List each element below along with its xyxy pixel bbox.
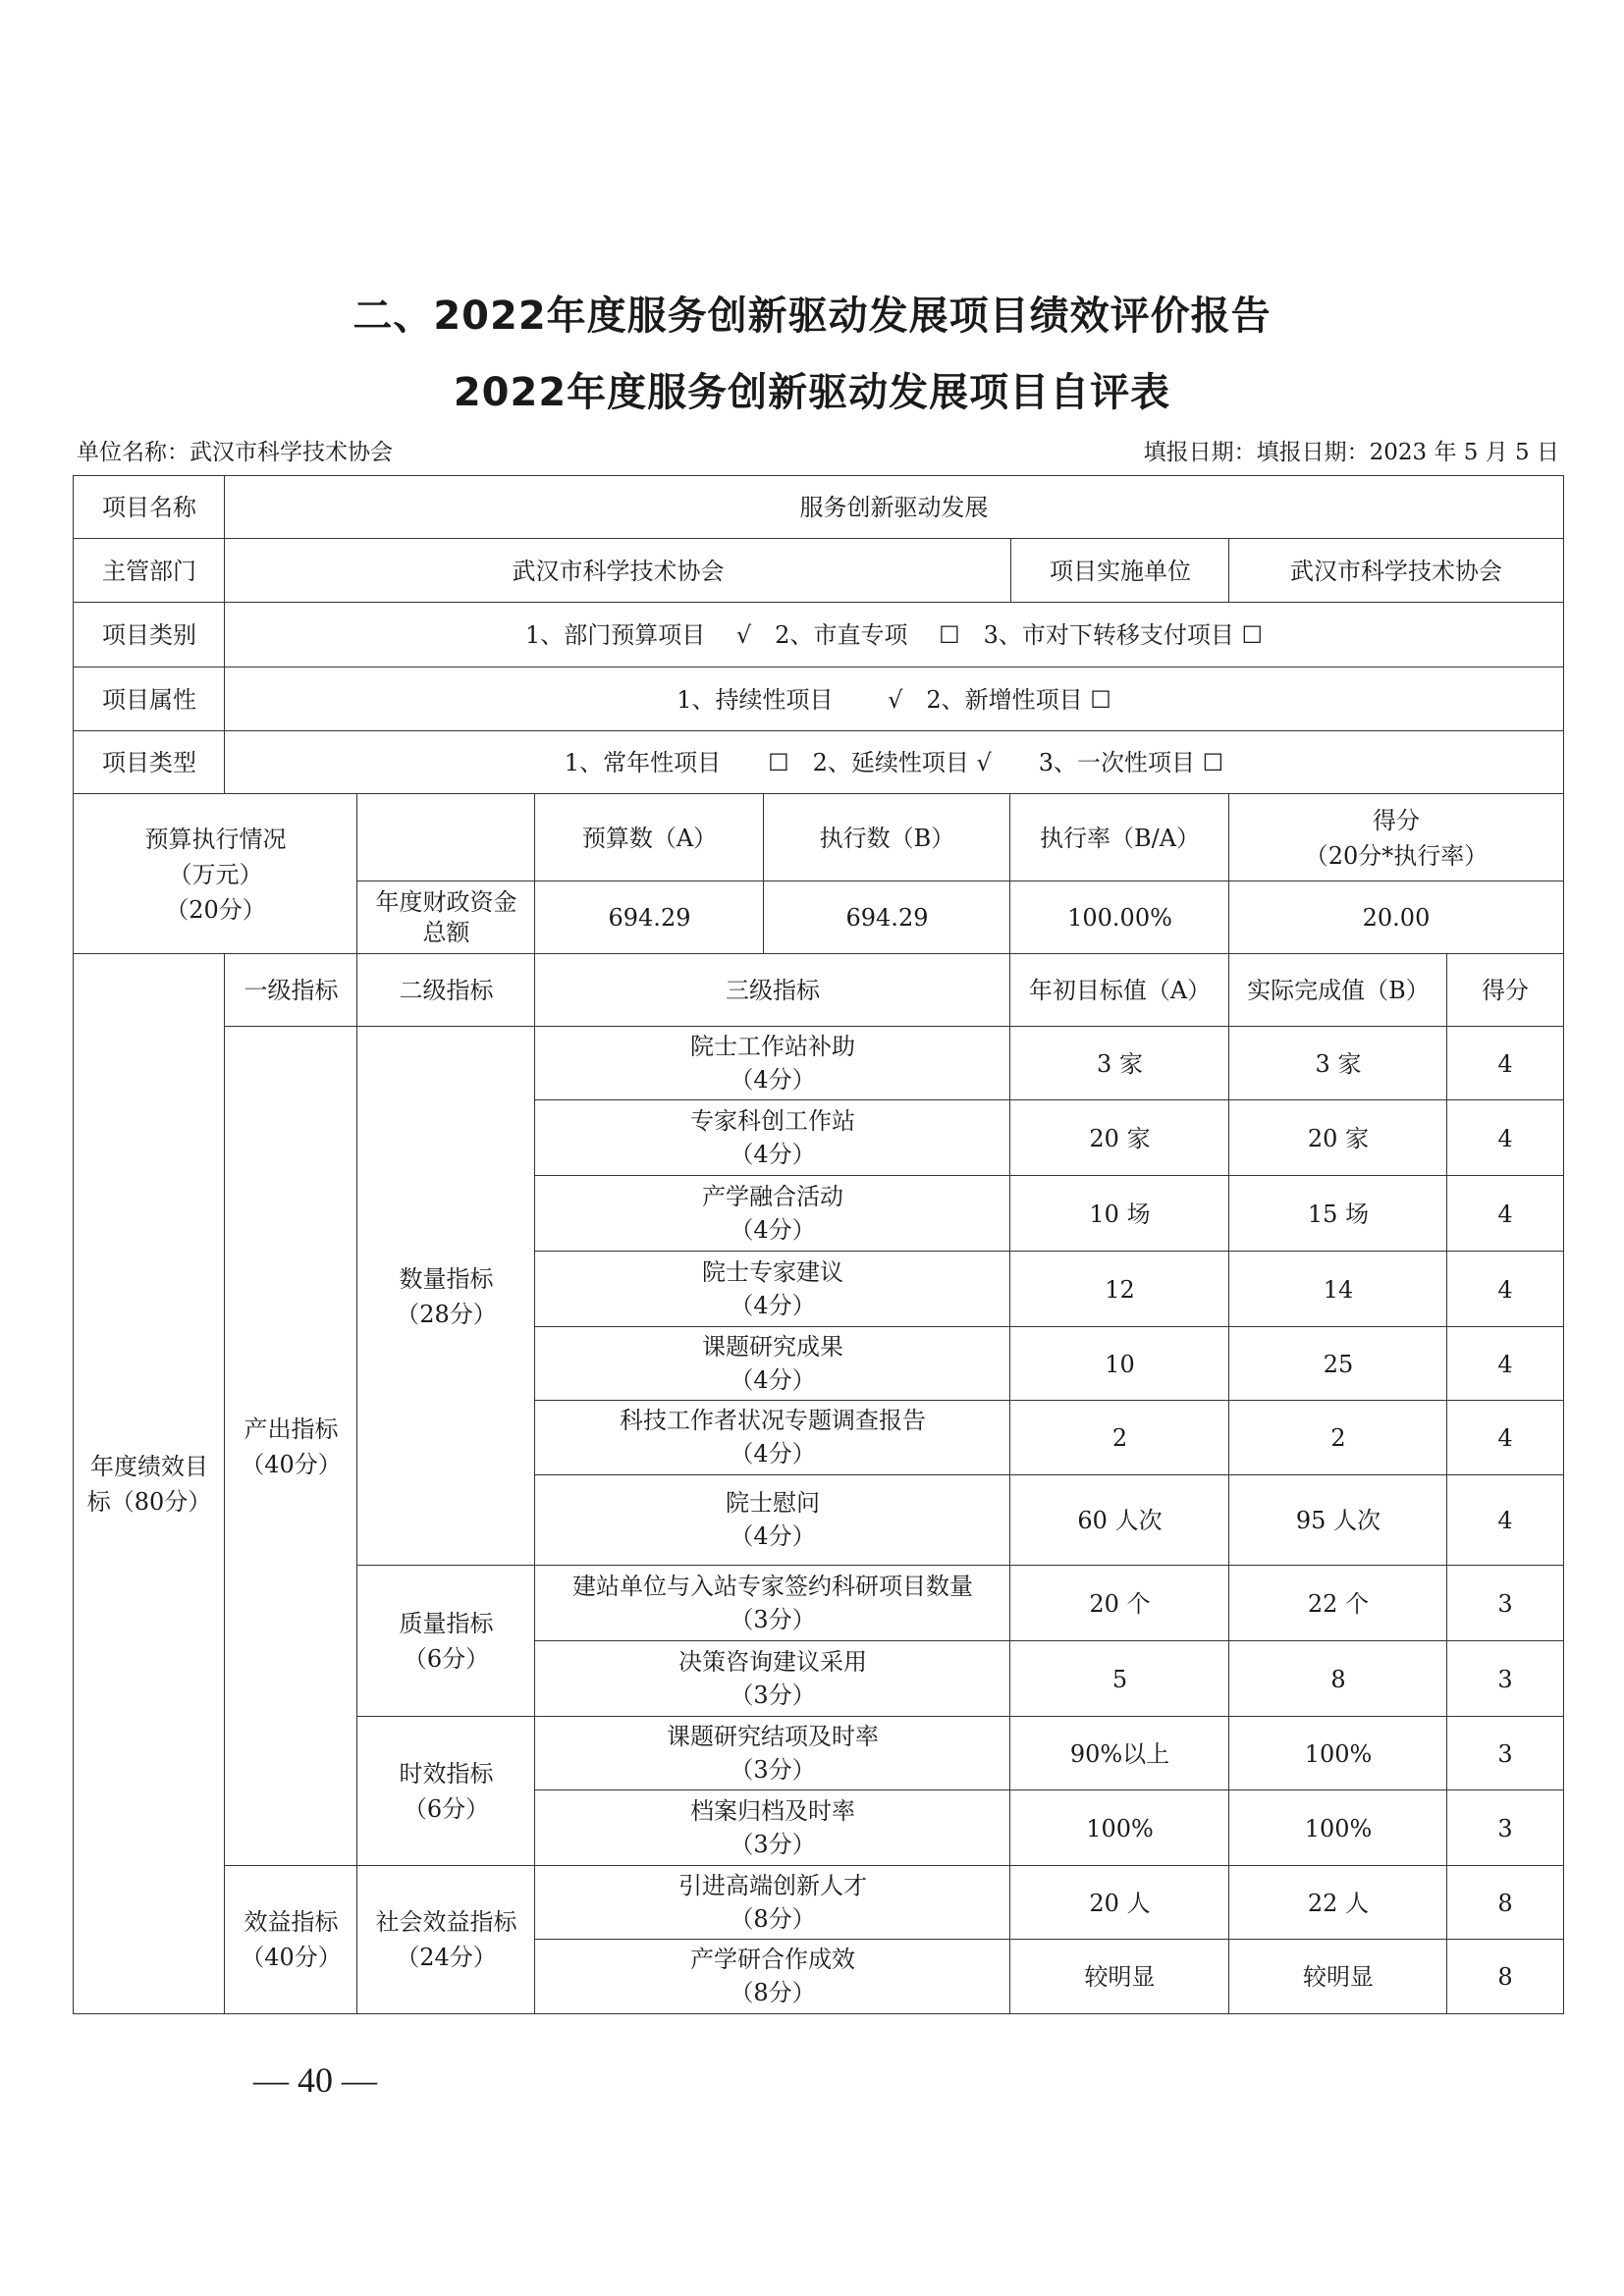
category-value: 1、部门预算项目 √ 2、市直专项 ☐ 3、市对下转移支付项目 ☐	[224, 602, 1564, 668]
indicator-score: 4	[1446, 1251, 1564, 1328]
indicator-actual: 22 人	[1228, 1865, 1448, 1941]
attribute-label: 项目属性	[73, 667, 226, 732]
indicator-actual: 8	[1228, 1640, 1448, 1718]
level2-timeliness: 时效指标 （6分）	[356, 1716, 536, 1867]
indicator-target: 100%	[1009, 1789, 1230, 1867]
indicator-actual: 较明显	[1228, 1939, 1448, 2014]
indicator-name: 院士慰问 （4分）	[534, 1474, 1011, 1567]
indicator-target: 2	[1009, 1400, 1230, 1476]
impl-unit-label: 项目实施单位	[1010, 538, 1230, 604]
indicator-score: 3	[1446, 1565, 1564, 1642]
indicator-actual: 100%	[1228, 1716, 1448, 1791]
indicator-actual: 22 个	[1228, 1565, 1448, 1642]
indicator-target: 20 个	[1009, 1565, 1230, 1642]
budget-row-label: 年度财政资金 总额	[356, 881, 536, 955]
indicator-score: 8	[1446, 1865, 1564, 1941]
indicator-name: 专家科创工作站 （4分）	[534, 1099, 1011, 1177]
level2-social: 社会效益指标 （24分）	[356, 1865, 536, 2014]
indicator-actual: 100%	[1228, 1789, 1448, 1867]
indicator-target: 20 人	[1009, 1865, 1230, 1941]
indicator-score: 8	[1446, 1939, 1564, 2014]
budget-col-a: 预算数（A）	[534, 793, 765, 882]
type-label: 项目类型	[73, 730, 226, 795]
category-label: 项目类别	[73, 602, 226, 668]
indicator-target: 60 人次	[1009, 1474, 1230, 1567]
indicator-name: 引进高端创新人才 （8分）	[534, 1865, 1011, 1941]
header-level3: 三级指标	[534, 953, 1011, 1028]
level1-output: 产出指标 （40分）	[224, 1026, 358, 1867]
header-target: 年初目标值（A）	[1009, 953, 1230, 1028]
header-actual: 实际完成值（B）	[1228, 953, 1448, 1028]
level1-benefit: 效益指标 （40分）	[224, 1865, 358, 2014]
table-title: 2022年度服务创新驱动发展项目自评表	[0, 361, 1624, 417]
indicator-target: 10 场	[1009, 1175, 1230, 1253]
indicator-name: 决策咨询建议采用 （3分）	[534, 1640, 1011, 1718]
indicator-actual: 25	[1228, 1326, 1448, 1402]
perf-label: 年度绩效目 标（80分）	[73, 953, 226, 2014]
indicator-actual: 95 人次	[1228, 1474, 1448, 1567]
project-name-label: 项目名称	[73, 475, 226, 540]
indicator-score: 3	[1446, 1640, 1564, 1718]
indicator-score: 4	[1446, 1400, 1564, 1476]
indicator-target: 较明显	[1009, 1939, 1230, 2014]
indicator-name: 院士工作站补助 （4分）	[534, 1026, 1011, 1101]
indicator-target: 20 家	[1009, 1099, 1230, 1177]
indicator-actual: 14	[1228, 1251, 1448, 1328]
indicator-target: 90%以上	[1009, 1716, 1230, 1791]
budget-col-rate: 执行率（B/A）	[1009, 793, 1230, 882]
level2-quality: 质量指标 （6分）	[356, 1565, 536, 1718]
indicator-target: 12	[1009, 1251, 1230, 1328]
dept-value: 武汉市科学技术协会	[224, 538, 1012, 604]
indicator-actual: 2	[1228, 1400, 1448, 1476]
indicator-target: 10	[1009, 1326, 1230, 1402]
indicator-name: 产学融合活动 （4分）	[534, 1175, 1011, 1253]
fill-date: 填报日期：填报日期：2023 年 5 月 5 日	[1144, 434, 1559, 466]
indicator-score: 4	[1446, 1099, 1564, 1177]
indicator-target: 3 家	[1009, 1026, 1230, 1101]
indicator-actual: 15 场	[1228, 1175, 1448, 1253]
budget-a-value: 694.29	[534, 881, 765, 955]
page-number: — 40 —	[253, 2059, 377, 2101]
budget-rate-value: 100.00%	[1009, 881, 1230, 955]
indicator-name: 院士专家建议 （4分）	[534, 1251, 1011, 1328]
indicator-score: 4	[1446, 1474, 1564, 1567]
indicator-name: 建站单位与入站专家签约科研项目数量 （3分）	[534, 1565, 1011, 1642]
level2-quantity: 数量指标 （28分）	[356, 1026, 536, 1567]
budget-col-b: 执行数（B）	[763, 793, 1011, 882]
project-name-value: 服务创新驱动发展	[224, 475, 1564, 540]
indicator-score: 4	[1446, 1326, 1564, 1402]
indicator-score: 4	[1446, 1175, 1564, 1253]
indicator-score: 4	[1446, 1026, 1564, 1101]
budget-label: 预算执行情况 （万元） （20分）	[73, 793, 358, 955]
indicator-score: 3	[1446, 1789, 1564, 1867]
dept-label: 主管部门	[73, 538, 226, 604]
unit-name: 单位名称：武汉市科学技术协会	[77, 434, 393, 466]
budget-score-value: 20.00	[1228, 881, 1564, 955]
budget-b-value: 694.29	[763, 881, 1011, 955]
indicator-actual: 20 家	[1228, 1099, 1448, 1177]
impl-unit-value: 武汉市科学技术协会	[1228, 538, 1564, 604]
attribute-value: 1、持续性项目 √ 2、新增性项目 ☐	[224, 667, 1564, 732]
report-title: 二、2022年度服务创新驱动发展项目绩效评价报告	[0, 285, 1624, 341]
header-level2: 二级指标	[356, 953, 536, 1028]
indicator-name: 课题研究成果 （4分）	[534, 1326, 1011, 1402]
budget-blank	[356, 793, 536, 882]
indicator-target: 5	[1009, 1640, 1230, 1718]
type-value: 1、常年性项目 ☐ 2、延续性项目 √ 3、一次性项目 ☐	[224, 730, 1564, 795]
header-score: 得分	[1446, 953, 1564, 1028]
indicator-score: 3	[1446, 1716, 1564, 1791]
header-level1: 一级指标	[224, 953, 358, 1028]
budget-col-score: 得分 （20分*执行率）	[1228, 793, 1564, 882]
indicator-name: 科技工作者状况专题调查报告 （4分）	[534, 1400, 1011, 1476]
indicator-name: 课题研究结项及时率 （3分）	[534, 1716, 1011, 1791]
indicator-actual: 3 家	[1228, 1026, 1448, 1101]
indicator-name: 产学研合作成效 （8分）	[534, 1939, 1011, 2014]
indicator-name: 档案归档及时率 （3分）	[534, 1789, 1011, 1867]
